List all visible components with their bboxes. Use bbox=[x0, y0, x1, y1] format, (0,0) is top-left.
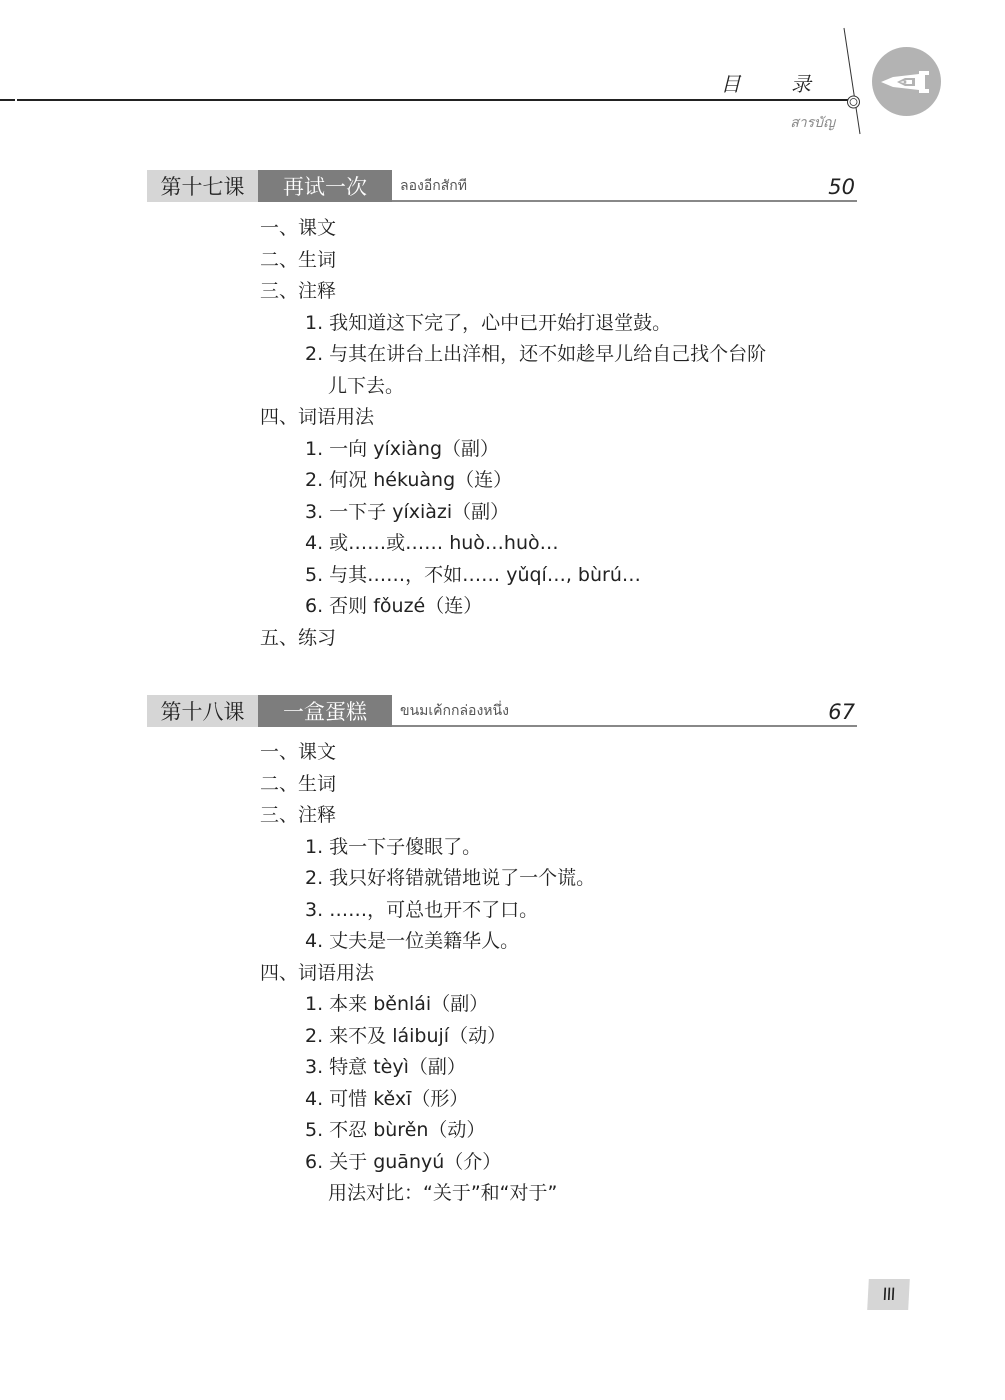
header-rule bbox=[0, 99, 852, 101]
section-text[interactable]: 一、课文 bbox=[260, 213, 766, 245]
section-word-usage[interactable]: 四、词语用法 bbox=[260, 402, 766, 434]
lesson-number: 第十七课 bbox=[147, 170, 258, 202]
usage-item[interactable]: 4. 可惜 kěxī（形） bbox=[260, 1084, 595, 1116]
usage-item[interactable]: 6. 关于 guānyú（介） bbox=[260, 1147, 595, 1179]
usage-comparison[interactable]: 用法对比：“关于”和“对于” bbox=[260, 1178, 595, 1210]
lesson-number: 第十八课 bbox=[147, 695, 258, 727]
lesson-page-number[interactable]: 50 bbox=[828, 175, 855, 199]
lesson-title[interactable]: 再试一次 bbox=[258, 170, 392, 202]
usage-item[interactable]: 3. 一下子 yíxiàzi（副） bbox=[260, 497, 766, 529]
section-exercises[interactable]: 五、练习 bbox=[260, 623, 766, 655]
note-item[interactable]: 2. 我只好将错就错地说了一个谎。 bbox=[260, 863, 595, 895]
note-item-continuation: 儿下去。 bbox=[260, 371, 766, 403]
section-word-usage[interactable]: 四、词语用法 bbox=[260, 958, 595, 990]
page-subtitle: สารบัญ bbox=[790, 112, 835, 134]
usage-item[interactable]: 1. 本来 běnlái（副） bbox=[260, 989, 595, 1021]
usage-item[interactable]: 2. 何况 hékuàng（连） bbox=[260, 465, 766, 497]
section-vocabulary[interactable]: 二、生词 bbox=[260, 245, 766, 277]
page-title: 目 录 bbox=[721, 68, 833, 97]
lesson-17-header: 第十七课 再试一次 ลองอีกสักที 50 bbox=[147, 170, 857, 202]
lesson-title[interactable]: 一盒蛋糕 bbox=[258, 695, 392, 727]
lesson-18-contents: 一、课文 二、生词 三、注释 1. 我一下子傻眼了。 2. 我只好将错就错地说了… bbox=[260, 737, 595, 1210]
section-notes[interactable]: 三、注释 bbox=[260, 276, 766, 308]
note-text: 1. 我知道这下完了，心中已开始打退堂鼓。 bbox=[305, 312, 671, 334]
usage-item[interactable]: 5. 不忍 bùrěn（动） bbox=[260, 1115, 595, 1147]
note-item[interactable]: 1. 我知道这下完了，心中已开始打退堂鼓。 bbox=[260, 308, 766, 340]
note-item[interactable]: 2. 与其在讲台上出洋相，还不如趁早儿给自己找个台阶 bbox=[260, 339, 766, 371]
lesson-17-contents: 一、课文 二、生词 三、注释 1. 我知道这下完了，心中已开始打退堂鼓。 2. … bbox=[260, 213, 766, 654]
usage-item[interactable]: 5. 与其……，不如…… yǔqí…, bùrú… bbox=[260, 560, 766, 592]
usage-item[interactable]: 4. 或……或…… huò…huò… bbox=[260, 528, 766, 560]
fountain-pen-nib-icon bbox=[879, 67, 935, 97]
usage-item[interactable]: 6. 否则 fǒuzé（连） bbox=[260, 591, 766, 623]
lesson-underline bbox=[392, 725, 857, 727]
usage-item[interactable]: 2. 来不及 láibují（动） bbox=[260, 1021, 595, 1053]
usage-item[interactable]: 1. 一向 yíxiàng（副） bbox=[260, 434, 766, 466]
lesson-thai-title: ขนมเค้กกล่องหนึ่ง bbox=[392, 695, 857, 727]
note-item[interactable]: 3. ……，可总也开不了口。 bbox=[260, 895, 595, 927]
lesson-thai-title: ลองอีกสักที bbox=[392, 170, 857, 202]
header-divider-line bbox=[0, 0, 1005, 150]
section-notes[interactable]: 三、注释 bbox=[260, 800, 595, 832]
lesson-page-number[interactable]: 67 bbox=[828, 700, 855, 724]
header-badge bbox=[872, 47, 941, 116]
page-number: III bbox=[867, 1279, 910, 1310]
note-text: 2. 与其在讲台上出洋相，还不如趁早儿给自己找个台阶 bbox=[305, 343, 766, 365]
lesson-18-header: 第十八课 一盒蛋糕 ขนมเค้กกล่องหนึ่ง 67 bbox=[147, 695, 857, 727]
note-text: 儿下去。 bbox=[328, 375, 404, 397]
lesson-underline bbox=[392, 200, 857, 202]
note-item[interactable]: 4. 丈夫是一位美籍华人。 bbox=[260, 926, 595, 958]
usage-item[interactable]: 3. 特意 tèyì（副） bbox=[260, 1052, 595, 1084]
section-text[interactable]: 一、课文 bbox=[260, 737, 595, 769]
header-rule-tick bbox=[15, 98, 17, 102]
note-item[interactable]: 1. 我一下子傻眼了。 bbox=[260, 832, 595, 864]
section-vocabulary[interactable]: 二、生词 bbox=[260, 769, 595, 801]
